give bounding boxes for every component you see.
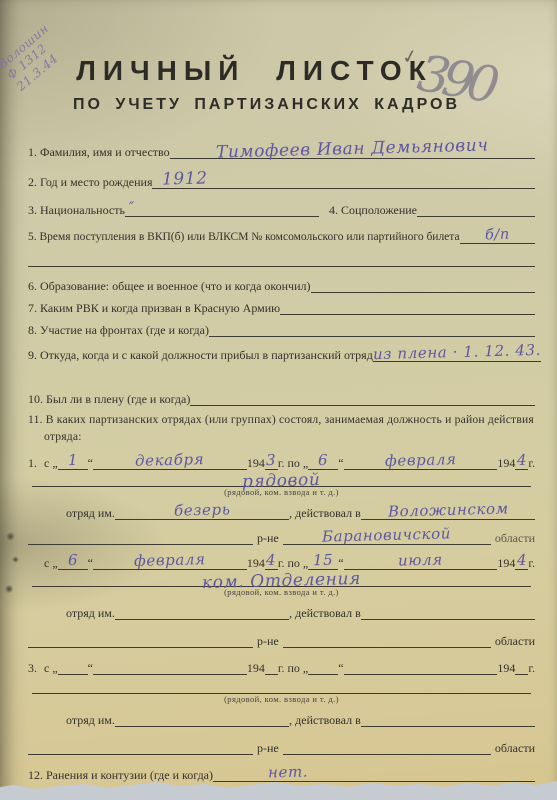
checkmark-annotation: ✓ [400, 45, 420, 70]
entry-district-row: р-не области [28, 629, 535, 648]
blank-line [28, 741, 253, 755]
wounds-handwritten-value: нет. [268, 765, 308, 778]
entry-position-row: ком. Отделения (рядовой, ком. взвода и т… [32, 572, 531, 597]
blank-line [28, 634, 253, 648]
field-label-arrival: 9. Откуда, когда и с какой должности при… [28, 348, 373, 362]
blank-line [28, 253, 535, 267]
field-row-arrival: 9. Откуда, когда и с какой должности при… [28, 343, 535, 362]
entry-detachment-line: безерь [115, 501, 289, 520]
field-label-surname: 1. Фамилия, имя и отчество [28, 145, 170, 159]
field-line-party: б/п [460, 225, 535, 244]
print-year-suffix: г. [528, 661, 535, 675]
print-from-prefix: с „ [44, 456, 58, 470]
print-detachment-label: отряд им. [66, 713, 115, 727]
field-label-birth: 2. Год и место рождения [28, 175, 152, 189]
field-line-arrival: из плена · 1. 12. 43. [373, 343, 541, 362]
entry-month-to-line: июля [344, 551, 498, 570]
entry-day-to: 15 [313, 554, 334, 567]
print-year-prefix: 194 [247, 661, 265, 675]
entry-detachment-row: отряд им. безерь , действовал в Воложинс… [28, 501, 535, 520]
entry-day-from: 1 [67, 454, 77, 466]
field-line-social-position [417, 198, 535, 217]
entry-number: 1. [28, 456, 44, 470]
entry-month-to-line: февраля [344, 451, 498, 470]
entry-detachment-value: безерь [174, 503, 231, 516]
entry-day-from-line [58, 656, 88, 675]
print-to-prefix: г. по „ [278, 661, 308, 675]
entry-year-to: 4 [517, 454, 527, 466]
entry-year-from-line: 4 [265, 551, 278, 570]
entry-month-to: февраля [385, 453, 457, 467]
field-label-education: 6. Образование: общее и военное (что и к… [28, 279, 311, 293]
field-line-birth: 1912 [152, 170, 535, 189]
print-acted-label: , действовал в [289, 606, 361, 620]
entry-period-row: 1. с „ 1 “ декабря 194 3 г. по „ 6 “ фев… [28, 451, 535, 470]
field-row-surname: 1. Фамилия, имя и отчество Тимофеев Иван… [28, 140, 535, 159]
form-body: 1. Фамилия, имя и отчество Тимофеев Иван… [28, 140, 535, 792]
entry-day-to-line [308, 656, 338, 675]
entry-position-value: ком. Отделения [202, 573, 361, 589]
entry-year-to-line [515, 656, 528, 675]
entry-position-row: (рядовой, ком. взвода и т. д.) [32, 679, 531, 704]
field-label-party: 5. Время поступления в ВКП(б) или ВЛКСМ … [28, 230, 460, 244]
print-district-label: р-не [257, 741, 279, 755]
entry-position-line [32, 679, 531, 694]
entry-year-to-line: 4 [515, 551, 528, 570]
field-label-social-position: 4. Соцположение [329, 203, 417, 217]
print-year-suffix: г. [528, 456, 535, 470]
birth-handwritten-value: 1912 [162, 172, 208, 185]
entry-month-from-line: февраля [93, 551, 247, 570]
entry-year-to: 4 [517, 554, 527, 566]
field-line-wounds: нет. [213, 763, 535, 782]
entry-month-to-line [344, 656, 498, 675]
field-row-birth: 2. Год и место рождения 1912 [28, 170, 535, 189]
entry-detachment-row: отряд им. , действовал в [28, 708, 535, 727]
entry-district-line [283, 629, 491, 648]
entry-year-from-line: 3 [265, 451, 278, 470]
entry-month-from: декабря [135, 453, 204, 467]
print-year-prefix: 194 [247, 556, 265, 570]
field-row-education: 6. Образование: общее и военное (что и к… [28, 279, 535, 293]
surname-handwritten-value: Тимофеев Иван Демьянович [216, 139, 489, 158]
entry-position-row: рядовой (рядовой, ком. взвода и т. д.) [32, 472, 531, 497]
field-line-fronts [209, 323, 535, 337]
nationality-pen-mark: ″ [129, 202, 135, 214]
entry-district-row: р-не области [28, 736, 535, 755]
print-year-prefix: 194 [497, 456, 515, 470]
field-label-detachments-line1: 11. В каких партизанских отрядах (или гр… [28, 412, 535, 427]
entry-year-from-line [265, 656, 278, 675]
entry-year-to-line: 4 [515, 451, 528, 470]
entry-detachment-line [115, 601, 289, 620]
print-acted-label: , действовал в [289, 713, 361, 727]
field-row-fronts: 8. Участие на фронтах (где и когда) [28, 323, 535, 337]
party-handwritten-value: б/п [485, 229, 510, 242]
entry-day-to-line: 15 [308, 551, 338, 570]
field-label-detachments-line2: отряда: [44, 429, 535, 444]
field-label-wounds: 12. Ранения и контузии (где и когда) [28, 768, 213, 782]
print-acted-label: , действовал в [289, 506, 361, 520]
entry-month-from: февраля [134, 553, 206, 567]
entry-month-to: июля [398, 553, 443, 566]
print-detachment-label: отряд им. [66, 506, 115, 520]
entry-district-line [283, 736, 491, 755]
field-line-surname: Тимофеев Иван Демьянович [170, 140, 535, 159]
print-to-prefix: г. по „ [278, 456, 308, 470]
field-row-party: 5. Время поступления в ВКП(б) или ВЛКСМ … [28, 225, 535, 244]
print-detachment-label: отряд им. [66, 606, 115, 620]
entry-acted-line [361, 708, 535, 727]
field-label-fronts: 8. Участие на фронтах (где и когда) [28, 323, 209, 337]
entry-day-from-line: 6 [58, 551, 88, 570]
entry-district-row: р-не Барановичской области [28, 526, 535, 545]
field-line-captivity [190, 392, 535, 406]
print-oblast-label: области [495, 741, 535, 755]
entry-detachment-line [115, 708, 289, 727]
form-subtitle: ПО УЧЕТУ ПАРТИЗАНСКИХ КАДРОВ [0, 96, 533, 114]
entry-detachment-row: отряд им. , действовал в [28, 601, 535, 620]
print-oblast-label: области [495, 531, 535, 545]
entry-position-line: ком. Отделения [32, 572, 531, 587]
entry-district-line: Барановичской [283, 526, 491, 545]
arrival-handwritten-value: из плена · 1. 12. 43. [373, 344, 541, 360]
entry-day-from: 6 [67, 554, 77, 566]
field-row-rvk: 7. Каким РВК и когда призван в Красную А… [28, 301, 535, 315]
field-line-education [311, 279, 536, 293]
entry-month-from-line: декабря [93, 451, 247, 470]
paper-speck [6, 532, 15, 541]
entry-month-from-line [93, 656, 247, 675]
print-from-prefix: с „ [44, 661, 58, 675]
print-district-label: р-не [257, 531, 279, 545]
entry-number: 3. [28, 661, 44, 675]
blank-line [28, 531, 253, 545]
field-row-wounds: 12. Ранения и контузии (где и когда) нет… [28, 763, 535, 782]
print-to-prefix: г. по „ [278, 556, 308, 570]
field-row-nationality-social: 3. Национальность ″ 4. Соцположение [28, 198, 535, 217]
print-oblast-label: области [495, 634, 535, 648]
paper-speck [12, 556, 19, 563]
print-district-label: р-не [257, 634, 279, 648]
print-year-prefix: 194 [247, 456, 265, 470]
field-line-nationality: ″ [125, 198, 319, 217]
entry-period-row: 3. с „ “ 194 г. по „ “ 194 г. [28, 656, 535, 675]
entry-year-from: 4 [266, 554, 276, 566]
entry-acted-line: Воложинском [361, 501, 535, 520]
field-label-rvk: 7. Каким РВК и когда призван в Красную А… [28, 301, 280, 315]
field-label-nationality: 3. Национальность [28, 203, 125, 217]
entry-acted-value: Воложинском [387, 502, 508, 517]
document-paper: Волошин Ф 1312 21.3.44 ЛИЧНЫЙ ЛИСТОК ✓ 3… [0, 0, 557, 800]
entry-year-from: 3 [266, 454, 276, 466]
field-line-rvk [280, 301, 535, 315]
print-year-suffix: г. [528, 556, 535, 570]
entry-day-from-line: 1 [58, 451, 88, 470]
field-row-captivity: 10. Был ли в плену (где и когда) [28, 392, 535, 406]
entry-position-value: рядовой [242, 474, 321, 488]
print-year-prefix: 194 [497, 556, 515, 570]
print-from-prefix: с „ [44, 556, 58, 570]
print-year-prefix: 194 [497, 661, 515, 675]
paper-speck [4, 585, 14, 593]
entry-acted-line [361, 601, 535, 620]
entry-position-line: рядовой [32, 472, 531, 487]
entry-day-to: 6 [318, 454, 328, 466]
entry-position-caption: (рядовой, ком. взвода и т. д.) [32, 694, 531, 704]
entry-day-to-line: 6 [308, 451, 338, 470]
entry-period-row: с „ 6 “ февраля 194 4 г. по „ 15 “ июля … [28, 551, 535, 570]
field-label-captivity: 10. Был ли в плену (где и когда) [28, 392, 190, 406]
entry-region-value: Барановичской [322, 527, 451, 542]
